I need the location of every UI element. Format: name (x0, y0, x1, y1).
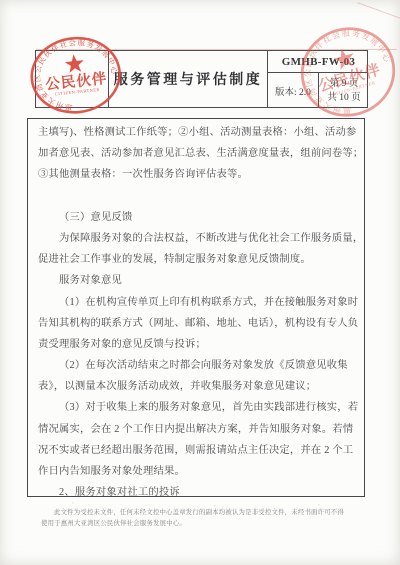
body-text-line: 2、服务对象对社工的投诉 (38, 482, 360, 503)
body-text-line: 为保障服务对象的合法权益，不断改进与优化社会工作服务质量， (38, 228, 360, 249)
footnote-line-1: 此文件为受控未文件，任何未经文控中心盖章发行的副本均被认为是非受控文件，未经书面… (41, 508, 365, 519)
organization-stamp-left: 惠州大亚湾区公民伙伴社会服务发展中心 公民伙伴 CITIZEN-PARTNER (21, 25, 134, 131)
body-text-line: 责受理服务对象的意见反馈与投诉； (38, 334, 360, 355)
body-text-line: （三）意见反馈 (38, 207, 360, 228)
body-text-line: 表》，以测量本次服务活动成效，并收集服务对象意见建议； (38, 376, 360, 397)
body-text-line: 促进社会工作事业的发展，特制定服务对象意见反馈制度。 (38, 249, 360, 270)
star-icon (331, 46, 356, 71)
body-text-line: 况不实或者已经超出服务范围，则需报请站点主任决定，并在 2 个工 (38, 440, 360, 461)
body-text-line: 加者意见表、活动参加者意见汇总表、生活满意度量表，组前问卷等； (38, 143, 360, 164)
control-footnote: 此文件为受控未文件，任何未经文控中心盖章发行的副本均被认为是非受控文件，未经书面… (41, 508, 365, 529)
body-text-line: 作日内告知服务对象处理结果。 (38, 461, 360, 482)
body-text-line: 告知其机构的联系方式（网址、邮箱、地址、电话），机构设有专人负 (38, 313, 360, 334)
star-icon (64, 53, 85, 73)
footnote-line-2: 使用于惠州大亚湾区公民伙伴社会服务发展中心。 (41, 519, 365, 530)
body-text-line: 服务对象意见 (38, 270, 360, 291)
body-text-line (38, 186, 360, 207)
body-text-line: ③其他测量表格：一次性服务咨询评估表等。 (38, 164, 360, 185)
body-text-line: （1）在机构宣传单页上印有机构联系方式，并在接触服务对象时 (38, 292, 360, 313)
body-text-line: （3）对于收集上来的服务对象意见，首先由实践部进行核实，若 (38, 397, 360, 418)
document-title: 服务管理与评估制度 (109, 51, 267, 107)
scanned-document-page: , , , 服务管理与评估制度 GMHB-FW-03 版本: 2.0 第 9 页… (0, 0, 400, 565)
body-text-line: 情况属实，会在 2 个工作日内提出解决方案，并告知服务对象。若情 (38, 419, 360, 440)
body-text-line: （2）在每次活动结束之时都会向服务对象发放《反馈意见收集 (38, 355, 360, 376)
body-text: 主填写)、性格测试工作纸等；②小组、活动测量表格：小组、活动参加者意见表、活动参… (38, 122, 360, 503)
